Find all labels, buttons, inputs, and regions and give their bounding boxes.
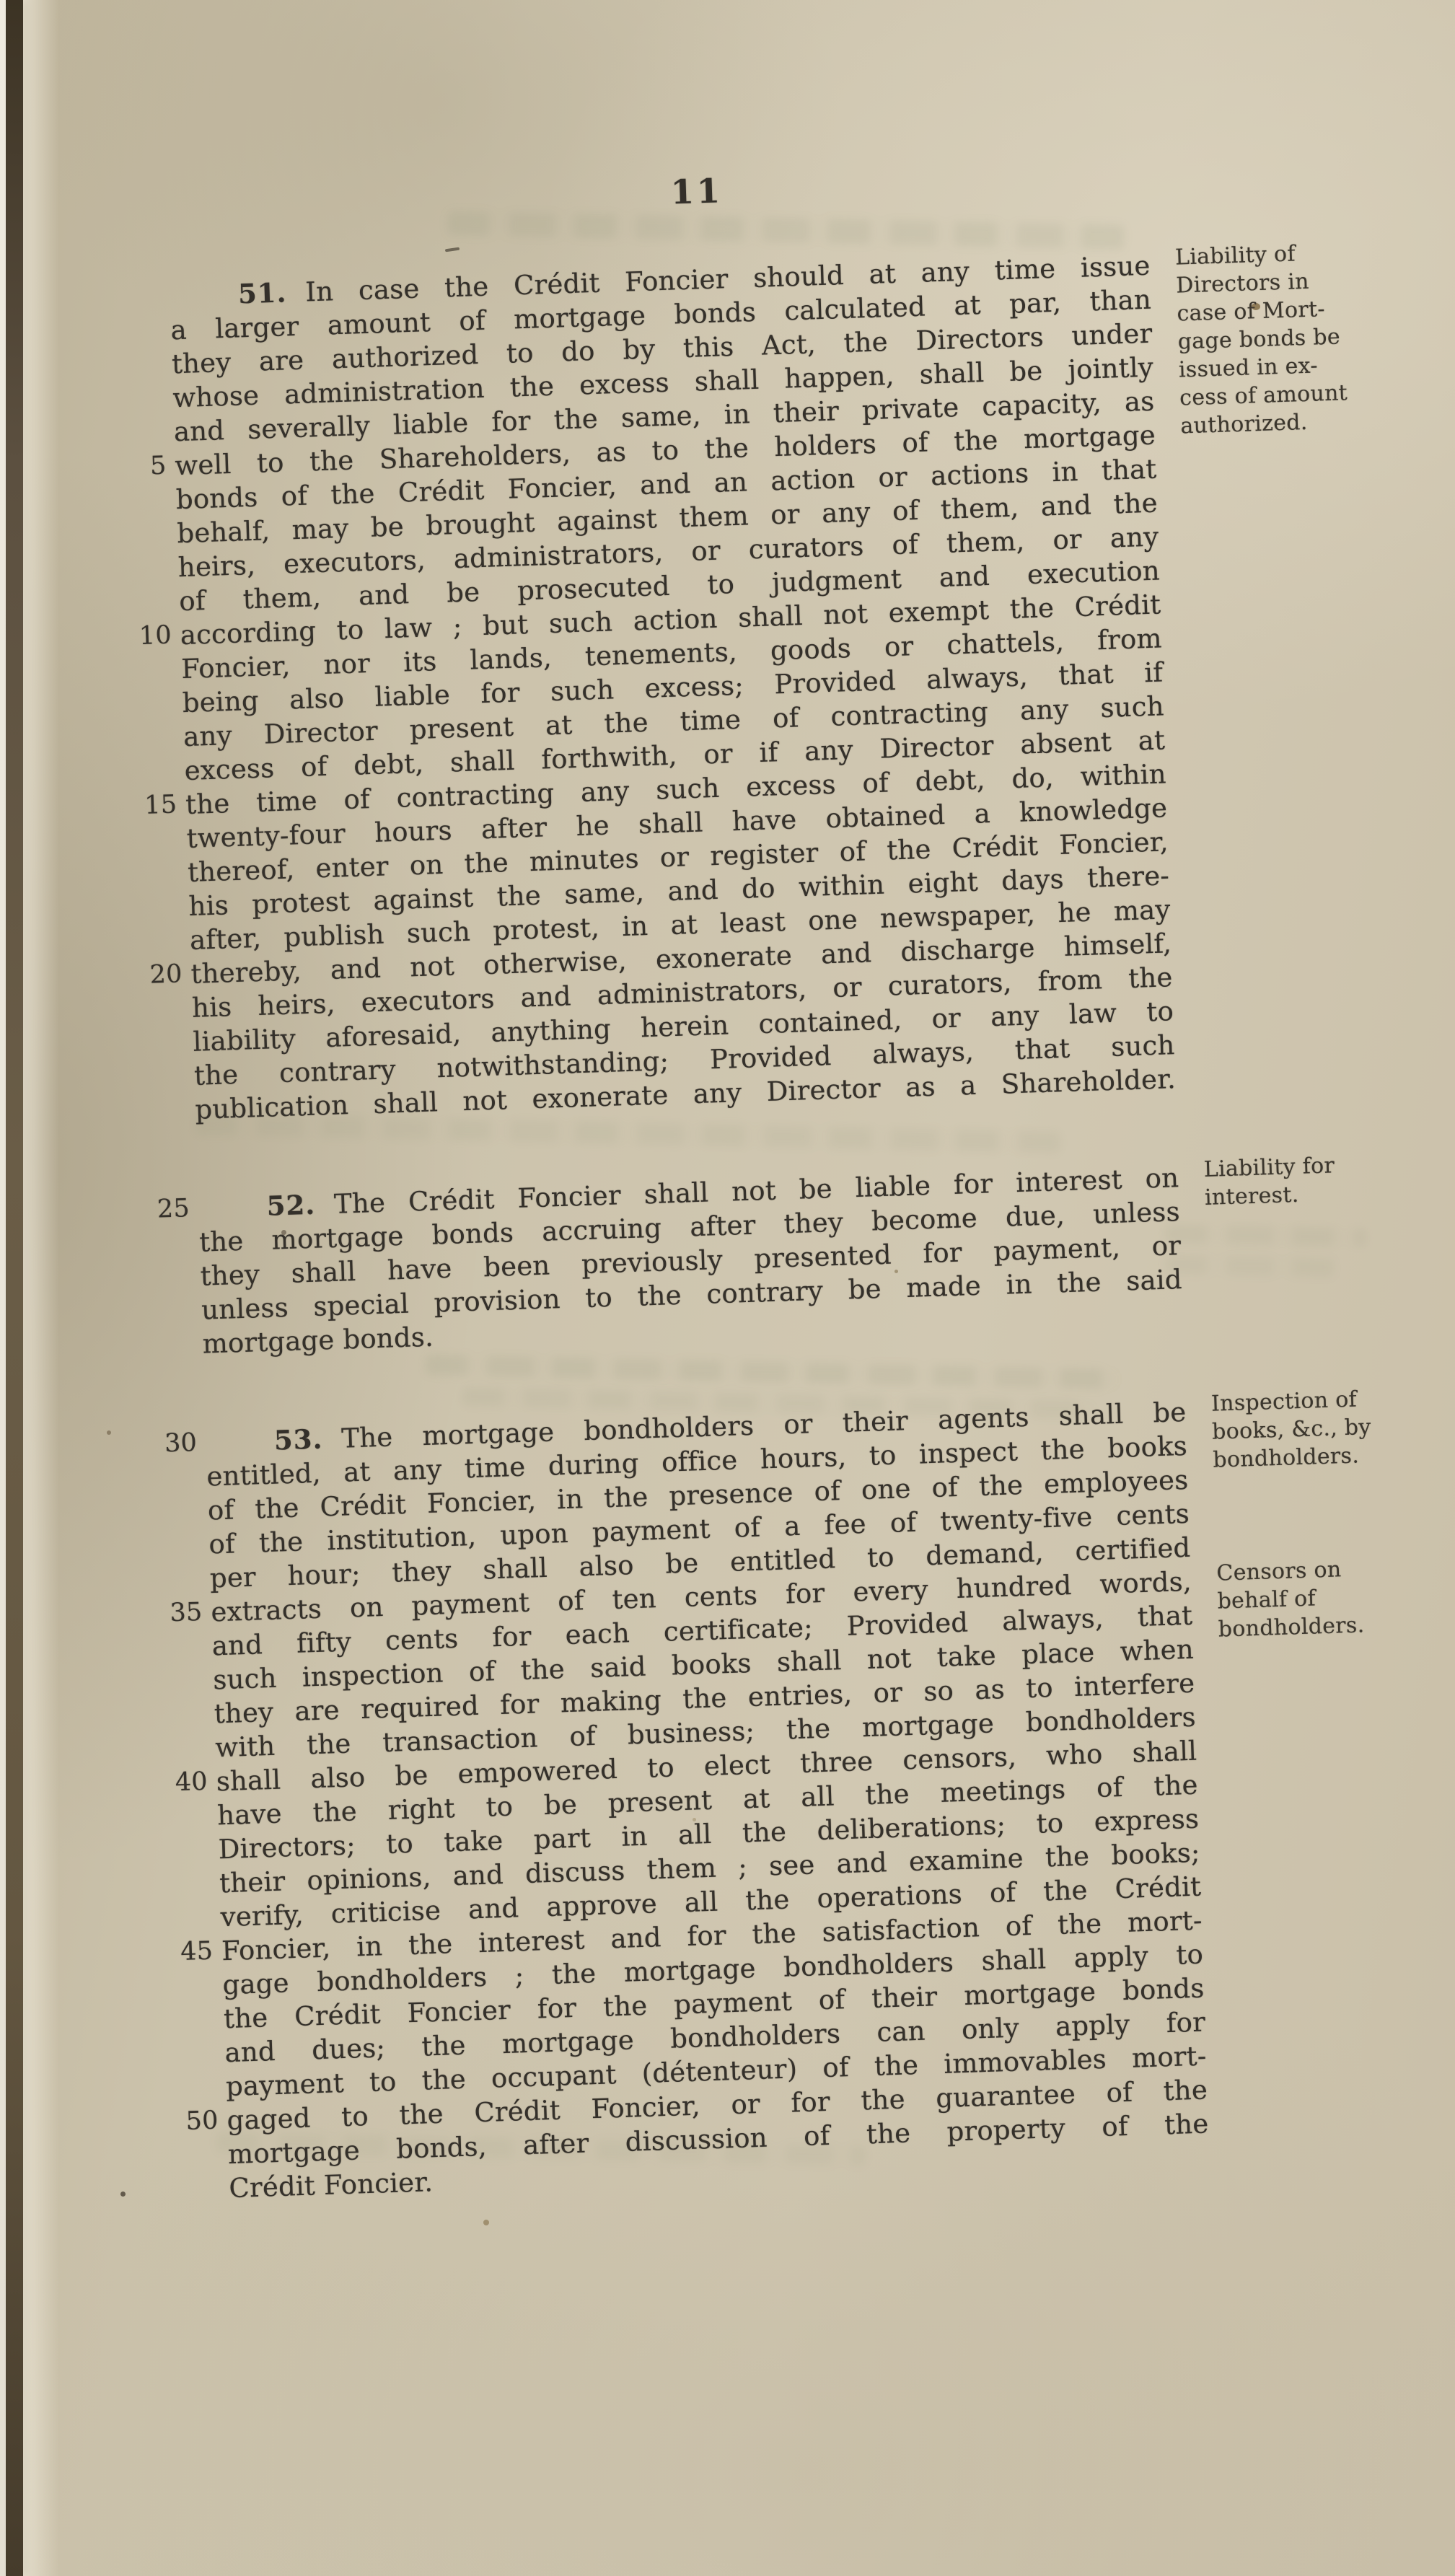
margin-line-number: 5	[115, 449, 167, 485]
margin-line-number: 40	[157, 1765, 208, 1801]
section-53-body: 3053.The mortgage bondholders or their a…	[205, 1395, 1210, 2205]
margin-notes: Inspection ofbooks, &c., bybondholders.C…	[1211, 1387, 1442, 1394]
margin-line-number: 45	[162, 1935, 213, 1970]
margin-notes: Liability forinterest.	[1203, 1153, 1434, 1160]
section-52-body: 2552.The Crédit Foncier shall not be lia…	[198, 1161, 1184, 1361]
margin-notes: Liability ofDirectors incase of Mort-gag…	[1175, 241, 1406, 248]
margin-line-number: 10	[120, 619, 172, 654]
margin-line-number: 50	[167, 2104, 219, 2140]
section-51: 51.In case the Crédit Foncier should at …	[169, 240, 1436, 1126]
section-52: 2552.The Crédit Foncier shall not be lia…	[198, 1153, 1443, 1361]
paper-speck	[107, 1430, 111, 1435]
margin-line-number: 30	[146, 1426, 197, 1461]
margin-note: Inspection ofbooks, &c., bybondholders.	[1210, 1383, 1444, 1474]
page-number: 11	[646, 170, 748, 212]
gutter-highlight	[23, 0, 59, 2576]
scan-edge-sliver	[0, 0, 6, 2576]
margin-note: Censors onbehalf ofbondholders.	[1216, 1552, 1450, 1644]
book-gutter-edge	[6, 0, 23, 2576]
paper-speck	[120, 2192, 126, 2197]
section-51-body: 51.In case the Crédit Foncier should at …	[169, 249, 1176, 1127]
margin-line-number: 20	[131, 957, 183, 993]
margin-line-number: 15	[126, 788, 177, 823]
section-53: 3053.The mortgage bondholders or their a…	[205, 1387, 1455, 2205]
margin-note: Liability ofDirectors incase of Mort-gag…	[1174, 237, 1411, 441]
sections: 51.In case the Crédit Foncier should at …	[169, 240, 1455, 2205]
section-number: 53.	[273, 1423, 323, 1456]
page-content: 11 51.In case the Crédit Foncier should …	[108, 139, 1455, 2451]
scanned-book-page: 11 51.In case the Crédit Foncier should …	[0, 0, 1455, 2576]
section-number: 52.	[266, 1189, 316, 1222]
margin-note: Liability forinterest.	[1203, 1148, 1436, 1212]
margin-line-number: 35	[151, 1596, 203, 1631]
section-number: 51.	[237, 276, 287, 309]
margin-line-number: 25	[139, 1192, 190, 1227]
